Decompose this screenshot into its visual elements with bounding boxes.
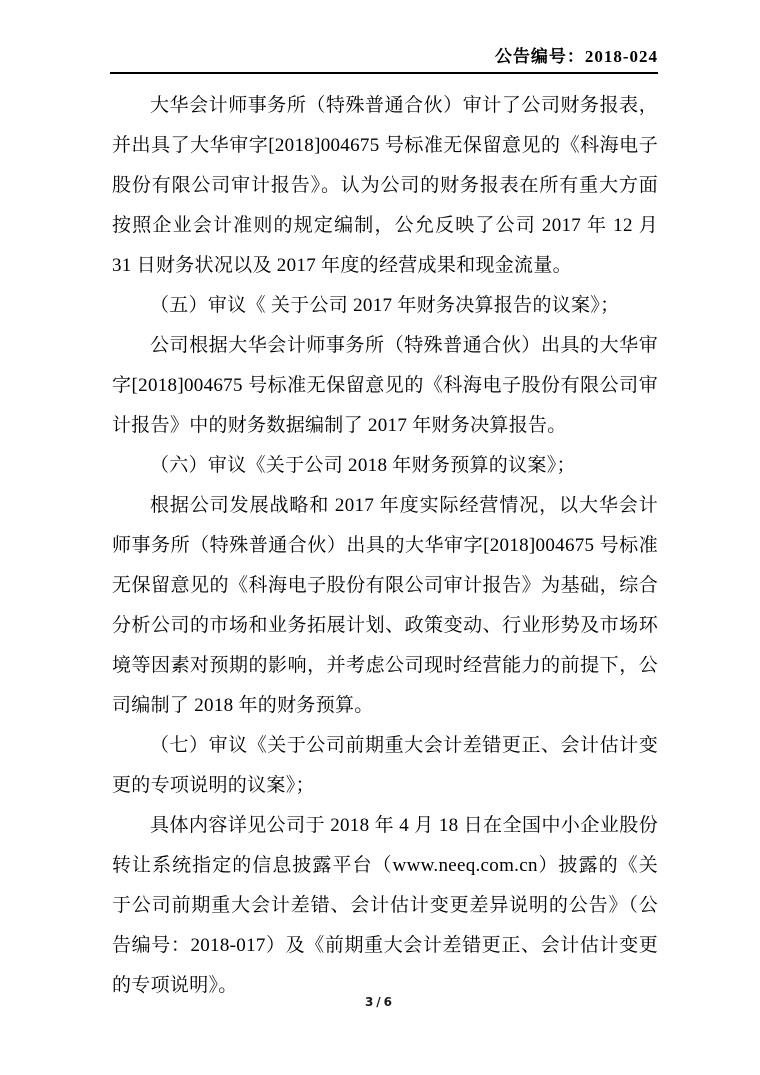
page-footer: 3/6 [0,993,760,1011]
page-header: 公告编号：2018-024 [110,46,658,74]
paragraph-budget-2018: 根据公司发展战略和 2017 年度实际经营情况，以大华会计师事务所（特殊普通合伙… [112,486,658,726]
paragraph-item-7-heading: （七）审议《关于公司前期重大会计差错更正、会计估计变更的专项说明的议案》； [112,726,658,806]
paragraph-final-accounts: 公司根据大华会计师事务所（特殊普通合伙）出具的大华审字[2018]004675 … [112,326,658,446]
document-body: 大华会计师事务所（特殊普通合伙）审计了公司财务报表，并出具了大华审字[2018]… [112,86,658,1006]
document-page: 公告编号：2018-024 大华会计师事务所（特殊普通合伙）审计了公司财务报表，… [0,0,760,1075]
paragraph-disclosure-details: 具体内容详见公司于 2018 年 4 月 18 日在全国中小企业股份转让系统指定… [112,806,658,1006]
header-rule [110,72,658,74]
paragraph-item-6-heading: （六）审议《关于公司 2018 年财务预算的议案》； [112,446,658,486]
paragraph-item-5-heading: （五）审议《 关于公司 2017 年财务决算报告的议案》； [112,286,658,326]
page-number: 3/6 [365,995,395,1009]
doc-number: 公告编号：2018-024 [110,46,658,68]
paragraph-audit-report: 大华会计师事务所（特殊普通合伙）审计了公司财务报表，并出具了大华审字[2018]… [112,86,658,286]
